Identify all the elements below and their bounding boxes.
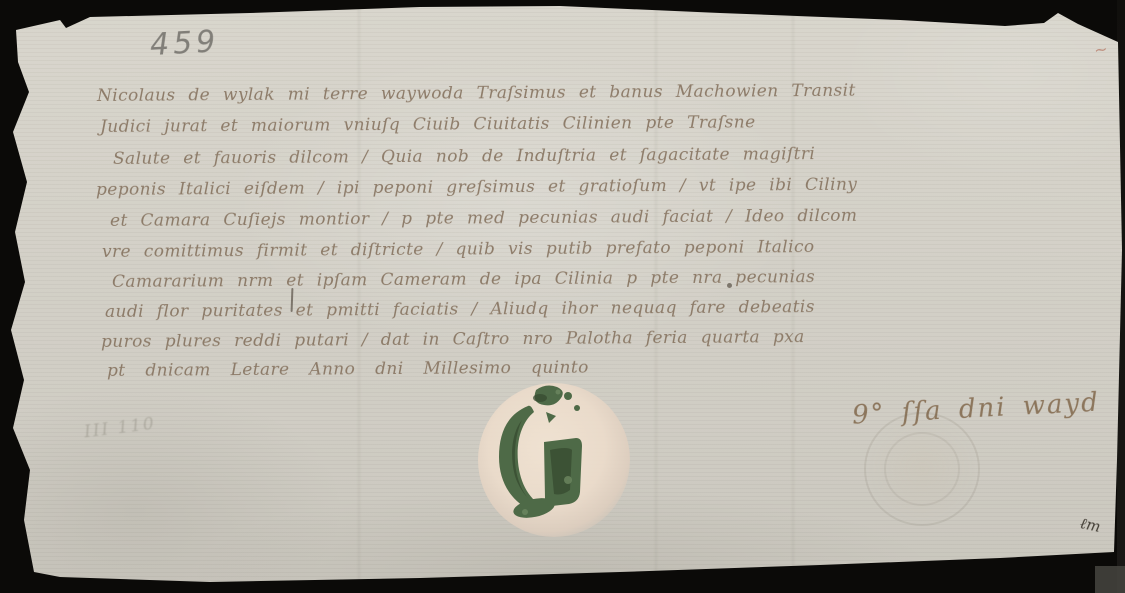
ink-speck xyxy=(727,283,732,288)
photo-of-charter: 459 Nicolaus de wylak mi terre waywoda T… xyxy=(0,0,1125,593)
pencil-shelfmark: III 110 xyxy=(83,414,157,443)
corner-ink-mark: ℓm xyxy=(1078,514,1102,537)
manuscript-line: Salute et fauoris dilcom / Quia nob de I… xyxy=(113,144,815,169)
seal-ghost-inner-ring xyxy=(884,432,960,506)
manuscript-line: et Camara Cuſiejs montior / p pte med pe… xyxy=(110,206,858,231)
seal-ghost-impression xyxy=(864,412,980,526)
manuscript-line: puros plures reddi putari / dat in Caſtr… xyxy=(101,327,805,352)
wax-seal xyxy=(470,380,640,538)
manuscript-line: pt dnicam Letare Anno dni Millesimo quin… xyxy=(107,358,589,381)
manuscript-line: Nicolaus de wylak mi terre waywoda Traſs… xyxy=(97,81,856,106)
manuscript-line: Camararium nrm et ipſam Cameram de ipa C… xyxy=(112,267,815,292)
manuscript-line: audi flor puritates et pmitti faciatis /… xyxy=(105,297,815,322)
manuscript-line: Judici jurat et maiorum vniuſq Ciuib Ciu… xyxy=(100,112,756,137)
background-corner-patch xyxy=(1095,566,1125,593)
archive-number: 459 xyxy=(149,24,220,63)
charter-paper: 459 Nicolaus de wylak mi terre waywoda T… xyxy=(0,0,1125,593)
manuscript-line: vre comittimus firmit et diſtricte / qui… xyxy=(102,237,815,262)
manuscript-line: peponis Italici eiſdem / ipi peponi greſ… xyxy=(96,175,857,200)
red-wax-trace-mark: ~ xyxy=(1093,39,1109,60)
ink-speck xyxy=(17,556,21,560)
